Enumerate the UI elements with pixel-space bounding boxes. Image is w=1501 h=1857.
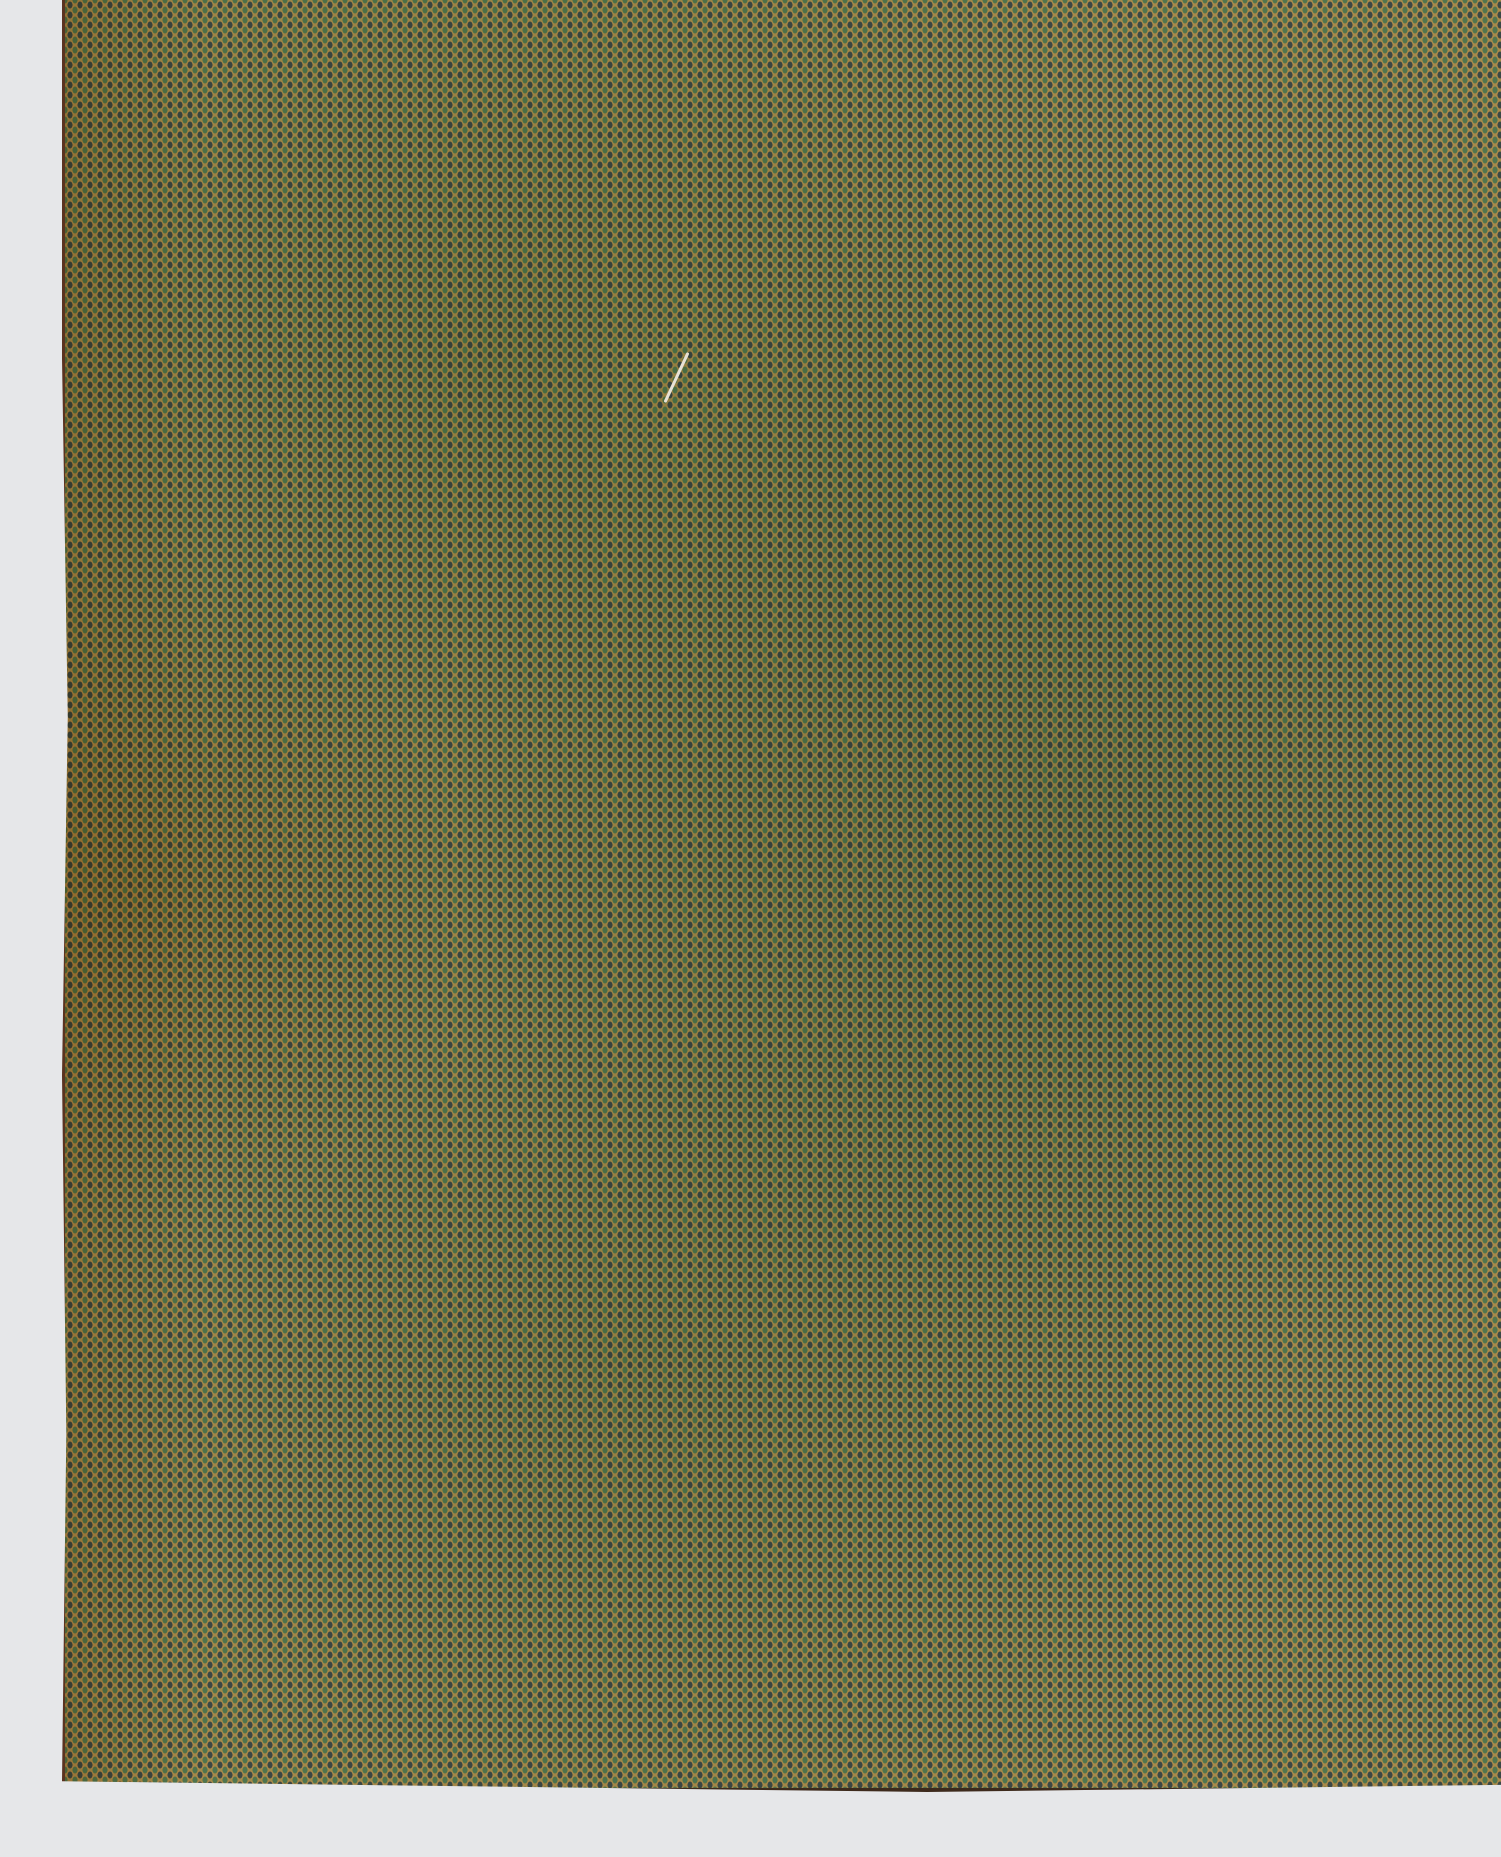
color-variation-overlay <box>65 0 1501 1788</box>
woven-textile <box>62 0 1501 1792</box>
